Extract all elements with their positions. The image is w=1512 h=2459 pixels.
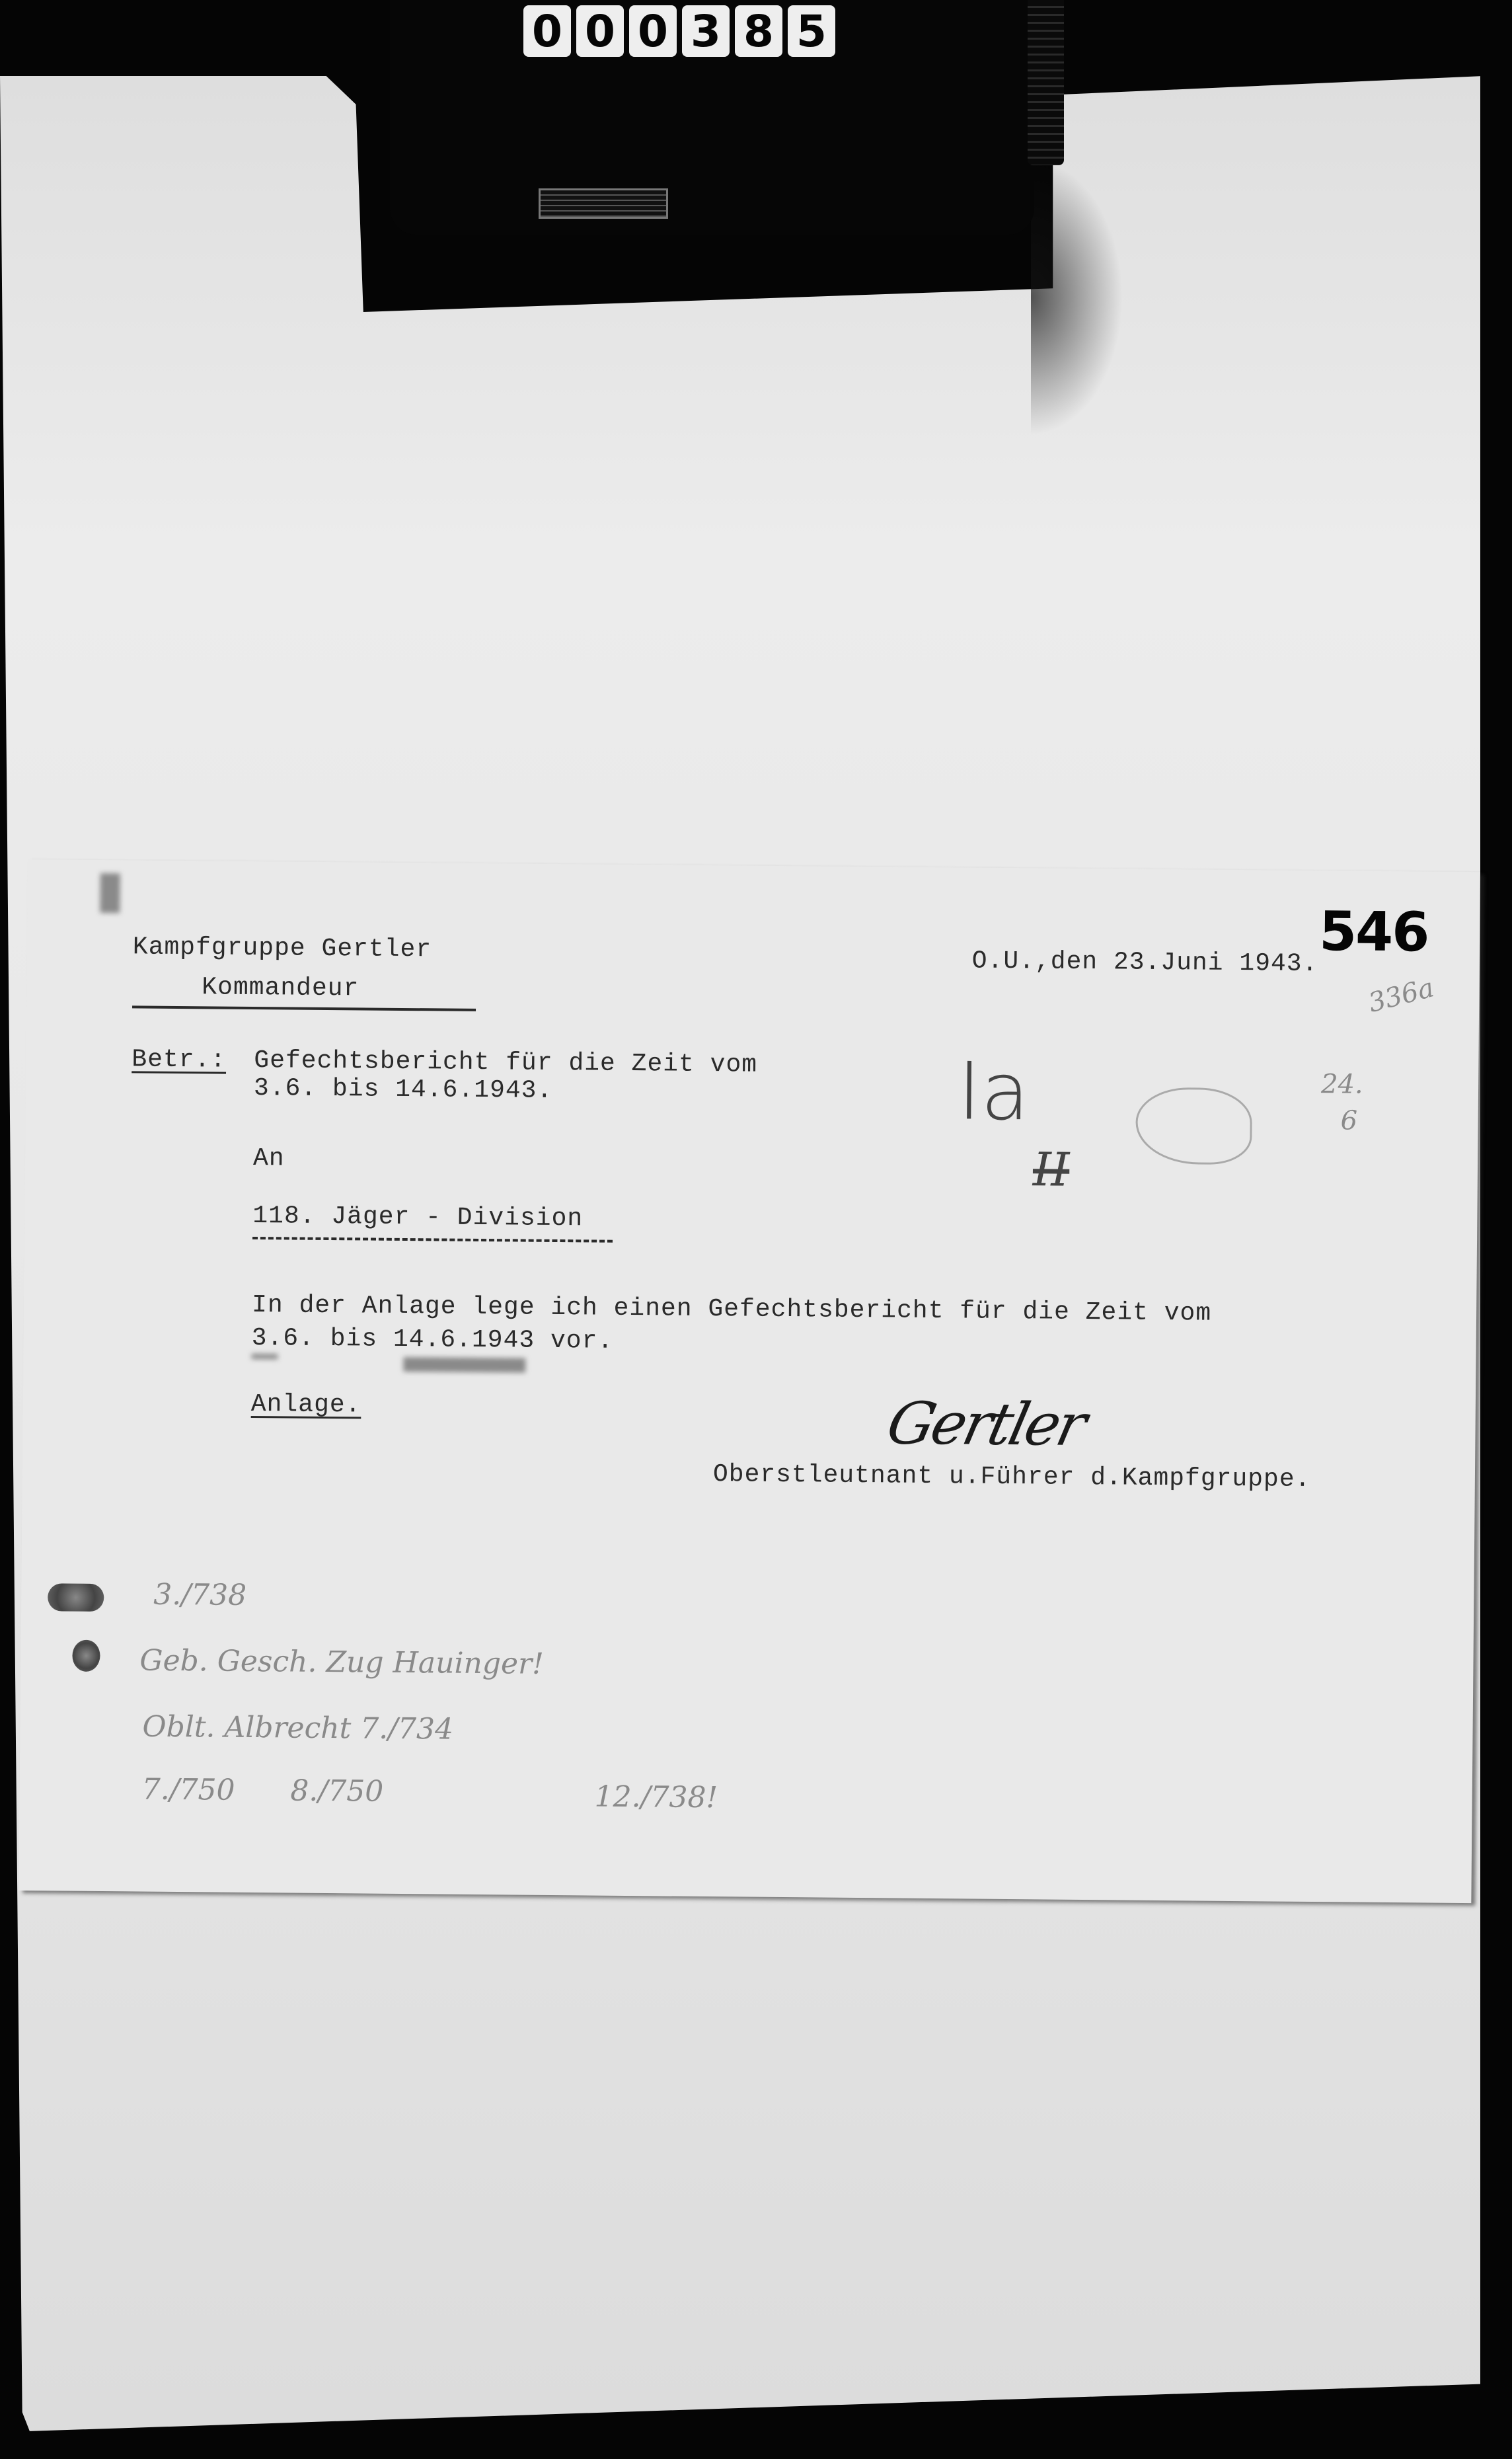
routing-mark-ia: Ia — [957, 1046, 1030, 1138]
body-line-2: 3.6. bis 14.6.1943 vor. — [252, 1324, 614, 1356]
recipient-underline — [252, 1237, 613, 1243]
enclosure-label: Anlage. — [251, 1390, 361, 1419]
subject-label: Betr.: — [132, 1045, 226, 1074]
pencil-note: 7./750 8./750 — [142, 1773, 384, 1809]
counter-digit: 5 — [788, 5, 835, 57]
smudge — [251, 1354, 278, 1359]
recipient-label: An — [253, 1144, 285, 1173]
pencil-note: 3./738 — [153, 1578, 246, 1612]
sender-unit: Kampfgruppe Gertler — [133, 933, 432, 964]
counter-digit: 0 — [576, 5, 624, 57]
header-underline — [132, 1005, 476, 1011]
pencil-note: Geb. Gesch. Zug Hauinger! — [139, 1644, 544, 1681]
signatory-title: Oberstleutnant u.Führer d.Kampfgruppe. — [713, 1460, 1311, 1494]
archive-number-stamp: 546 — [1319, 900, 1429, 964]
staple-mark — [100, 873, 120, 913]
punch-hole — [48, 1583, 104, 1612]
routing-mark-ii: II — [1033, 1142, 1070, 1196]
handwritten-signature: Gertler — [881, 1389, 1090, 1458]
sender-role: Kommandeur — [202, 973, 359, 1003]
pencil-note: 12./738! — [594, 1780, 718, 1815]
place-date: O.U.,den 23.Juni 1943. — [972, 947, 1318, 978]
pencil-date-day: 24. — [1321, 1069, 1363, 1100]
counter-label-plate — [539, 188, 668, 219]
smudge — [403, 1357, 525, 1373]
pencil-note: Oblt. Albrecht 7./734 — [142, 1710, 453, 1746]
counter-digit: 3 — [682, 5, 730, 57]
pencil-initial-loop — [1135, 1087, 1252, 1165]
frame-counter: 0 0 0 3 8 5 — [523, 5, 835, 57]
shadow — [1031, 159, 1123, 436]
counter-digit: 8 — [735, 5, 782, 57]
pencil-page-number: 336a — [1365, 972, 1437, 1019]
counter-knob — [1028, 0, 1064, 165]
pencil-date-month: 6 — [1340, 1105, 1357, 1136]
body-line-1: In der Anlage lege ich einen Gefechtsber… — [252, 1291, 1211, 1328]
counter-digit: 0 — [523, 5, 571, 57]
film-edge — [1480, 0, 1512, 2459]
counter-digit: 0 — [629, 5, 677, 57]
punch-hole — [72, 1640, 100, 1672]
document-page: Kampfgruppe Gertler Kommandeur O.U.,den … — [19, 859, 1480, 1903]
recipient-name: 118. Jäger - Division — [252, 1202, 583, 1233]
subject-line-2: 3.6. bis 14.6.1943. — [254, 1074, 553, 1105]
